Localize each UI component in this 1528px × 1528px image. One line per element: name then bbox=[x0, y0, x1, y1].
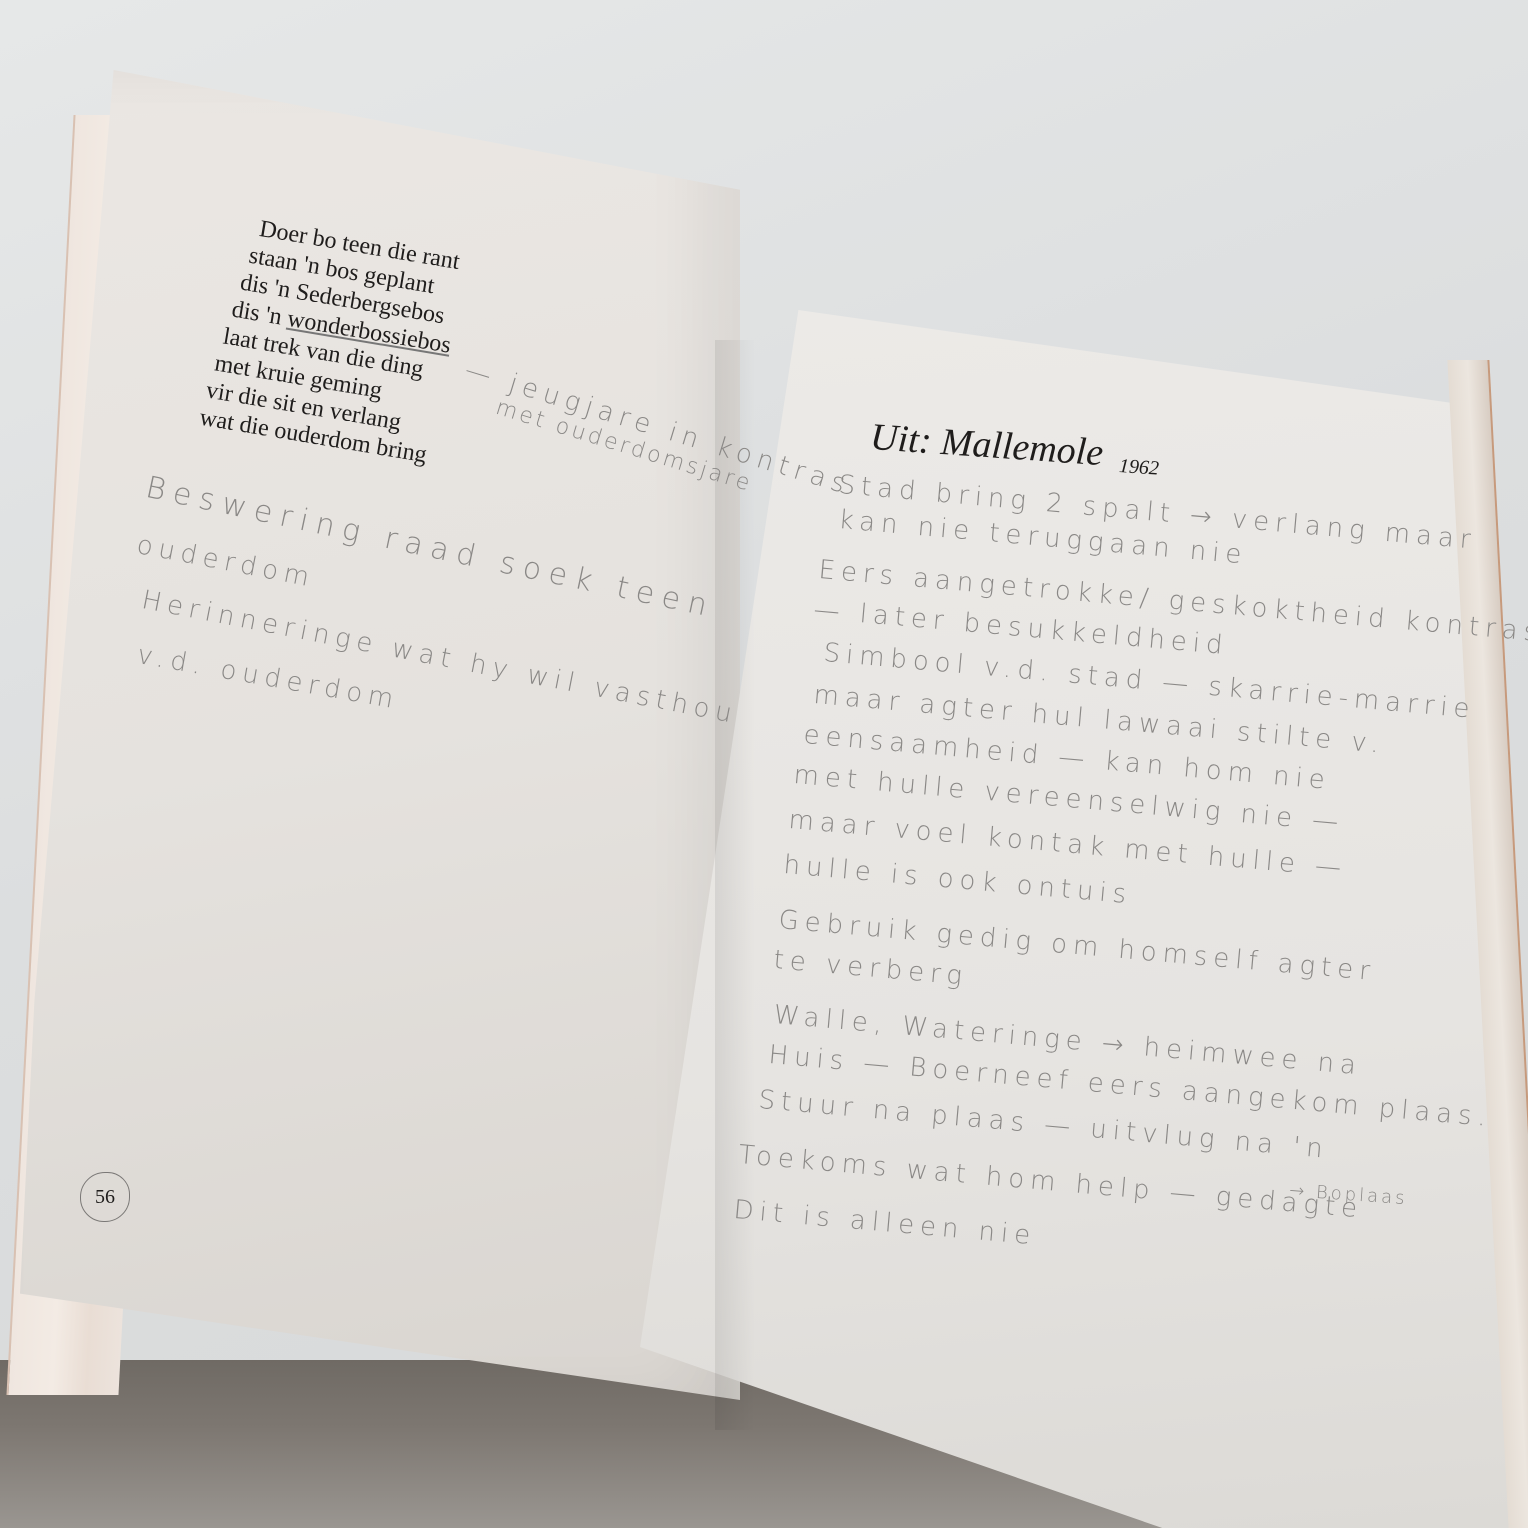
poem: Doer bo teen die rant staan 'n bos gepla… bbox=[225, 215, 467, 470]
page-number: 56 bbox=[80, 1172, 130, 1222]
heading-year: 1962 bbox=[1118, 452, 1160, 483]
open-book: Doer bo teen die rant staan 'n bos gepla… bbox=[0, 0, 1528, 1528]
book-gutter bbox=[715, 340, 755, 1430]
